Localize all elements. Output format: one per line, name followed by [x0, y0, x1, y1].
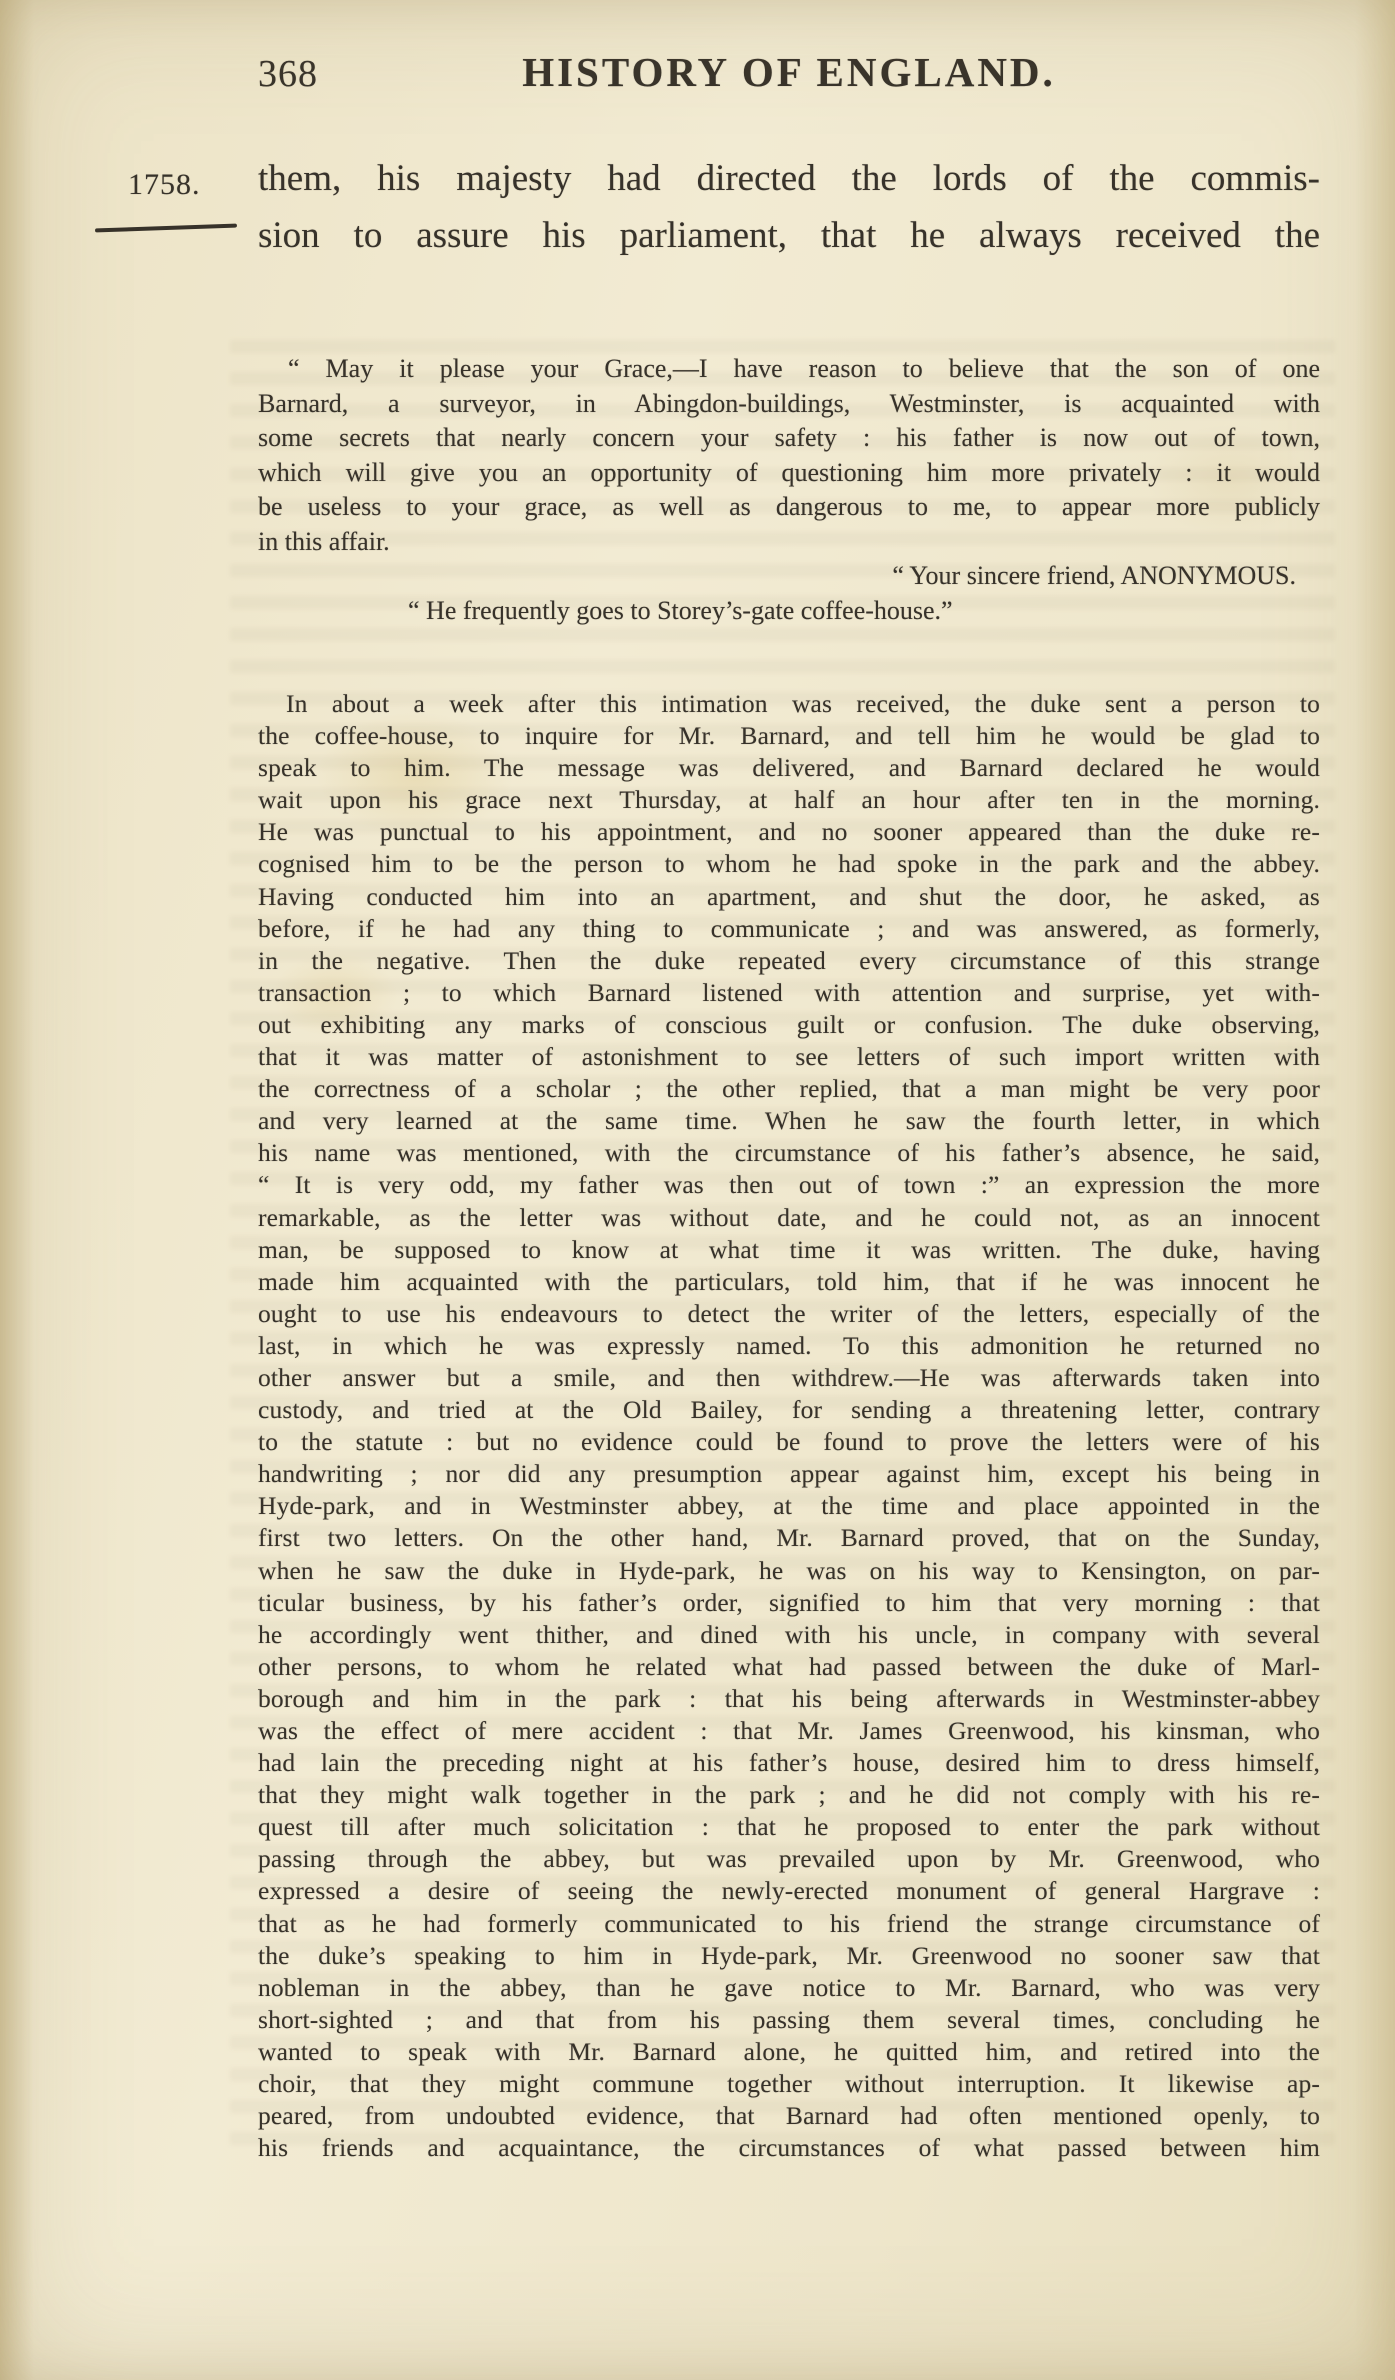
text-line: handwriting ; nor did any presumption ap…: [258, 1458, 1320, 1490]
text-line: the correctness of a scholar ; the other…: [258, 1073, 1320, 1105]
text-line: peared, from undoubted evidence, that Ba…: [258, 2100, 1320, 2132]
year-label: 1758.: [95, 168, 240, 202]
text-line: his name was mentioned, with the circums…: [258, 1137, 1320, 1169]
text-line: Barnard, a surveyor, in Abingdon-buildin…: [258, 387, 1320, 422]
text-line: when he saw the duke in Hyde-park, he wa…: [258, 1555, 1320, 1587]
text-line: some secrets that nearly concern your sa…: [258, 421, 1320, 456]
text-line: other persons, to whom he related what h…: [258, 1651, 1320, 1683]
text-line: quest till after much solicitation : tha…: [258, 1811, 1320, 1843]
text-line: passing through the abbey, but was preva…: [258, 1843, 1320, 1875]
text-line: In about a week after this intimation wa…: [258, 688, 1320, 720]
letter-postscript: “ He frequently goes to Storey’s-gate co…: [408, 594, 1320, 629]
text-line: the duke’s speaking to him in Hyde-park,…: [258, 1940, 1320, 1972]
main-paragraph: In about a week after this intimation wa…: [258, 688, 1320, 2164]
text-line: out exhibiting any marks of conscious gu…: [258, 1009, 1320, 1041]
text-line: “ It is very odd, my father was then out…: [258, 1169, 1320, 1201]
text-line: be useless to your grace, as well as dan…: [258, 490, 1320, 525]
text-line: speak to him. The message was delivered,…: [258, 752, 1320, 784]
book-page: 368 HISTORY OF ENGLAND. 1758. them, his …: [0, 0, 1395, 2380]
text-line: was the effect of mere accident : that M…: [258, 1715, 1320, 1747]
text-line: wanted to speak with Mr. Barnard alone, …: [258, 2036, 1320, 2068]
text-line: that it was matter of astonishment to se…: [258, 1041, 1320, 1073]
text-line: cognised him to be the person to whom he…: [258, 848, 1320, 880]
letter-signature: “ Your sincere friend, ANONYMOUS.: [258, 559, 1320, 594]
text-line: and very learned at the same time. When …: [258, 1105, 1320, 1137]
text-line: choir, that they might commune together …: [258, 2068, 1320, 2100]
text-line: He was punctual to his appointment, and …: [258, 816, 1320, 848]
text-line: he accordingly went thither, and dined w…: [258, 1619, 1320, 1651]
margin-rule: [95, 224, 237, 233]
running-title: HISTORY OF ENGLAND.: [258, 48, 1320, 96]
letter-body: “ May it please your Grace,—I have reaso…: [258, 352, 1320, 559]
text-line: the coffee-house, to inquire for Mr. Bar…: [258, 720, 1320, 752]
running-head: 368 HISTORY OF ENGLAND.: [258, 48, 1320, 100]
text-line: man, be supposed to know at what time it…: [258, 1234, 1320, 1266]
text-line: had lain the preceding night at his fath…: [258, 1747, 1320, 1779]
text-line: ought to use his endeavours to detect th…: [258, 1298, 1320, 1330]
text-line: that they might walk together in the par…: [258, 1779, 1320, 1811]
text-line: short-sighted ; and that from his passin…: [258, 2004, 1320, 2036]
text-line: “ May it please your Grace,—I have reaso…: [258, 352, 1320, 387]
text-line: custody, and tried at the Old Bailey, fo…: [258, 1394, 1320, 1426]
text-line: that as he had formerly communicated to …: [258, 1908, 1320, 1940]
text-line: in the negative. Then the duke repeated …: [258, 945, 1320, 977]
text-line: transaction ; to which Barnard listened …: [258, 977, 1320, 1009]
text-line: his friends and acquaintance, the circum…: [258, 2132, 1320, 2164]
intro-paragraph: them, his majesty had directed the lords…: [258, 150, 1320, 264]
text-line: to the statute : but no evidence could b…: [258, 1426, 1320, 1458]
text-line: made him acquainted with the particulars…: [258, 1266, 1320, 1298]
text-line: first two letters. On the other hand, Mr…: [258, 1522, 1320, 1554]
text-line: wait upon his grace next Thursday, at ha…: [258, 784, 1320, 816]
text-line: borough and him in the park : that his b…: [258, 1683, 1320, 1715]
text-line: which will give you an opportunity of qu…: [258, 456, 1320, 491]
text-line: expressed a desire of seeing the newly-e…: [258, 1875, 1320, 1907]
text-line: them, his majesty had directed the lords…: [258, 150, 1320, 207]
quoted-letter: “ May it please your Grace,—I have reaso…: [258, 352, 1320, 628]
text-line: Hyde-park, and in Westminster abbey, at …: [258, 1490, 1320, 1522]
text-line: in this affair.: [258, 525, 1320, 560]
text-line: sion to assure his parliament, that he a…: [258, 207, 1320, 264]
text-line: before, if he had any thing to communica…: [258, 913, 1320, 945]
text-line: Having conducted him into an apartment, …: [258, 881, 1320, 913]
text-line: last, in which he was expressly named. T…: [258, 1330, 1320, 1362]
margin-year-note: 1758.: [95, 168, 240, 202]
text-line: other answer but a smile, and then withd…: [258, 1362, 1320, 1394]
text-line: nobleman in the abbey, than he gave noti…: [258, 1972, 1320, 2004]
text-line: remarkable, as the letter was without da…: [258, 1202, 1320, 1234]
text-line: ticular business, by his father’s order,…: [258, 1587, 1320, 1619]
